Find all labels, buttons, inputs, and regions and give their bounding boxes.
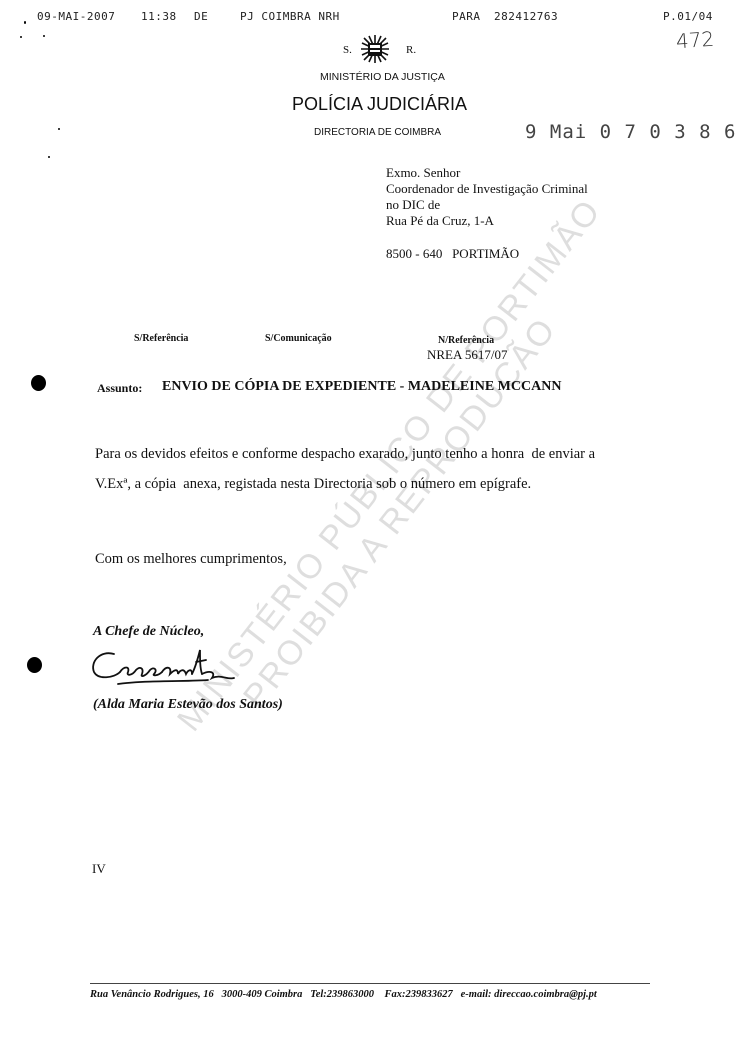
directorate-name: DIRECTORIA DE COIMBRA — [314, 127, 441, 138]
closing-salutation: Com os melhores cumprimentos, — [95, 548, 287, 570]
recipient-line: no DIC de — [386, 197, 440, 213]
watermark-line-2: PROIBIDA A REPRODUÇÃO — [236, 311, 565, 717]
your-communication-label: S/Comunicação — [265, 333, 332, 344]
footer-contact-info: Rua Venâncio Rodrigues, 16 3000-409 Coim… — [90, 989, 597, 1000]
footer-divider — [90, 983, 650, 984]
annex-mark: IV — [92, 861, 106, 877]
agency-name: POLÍCIA JUDICIÁRIA — [292, 94, 467, 115]
crest-letter-r: R. — [406, 44, 416, 56]
subject-text: ENVIO DE CÓPIA DE EXPEDIENTE - MADELEINE… — [162, 379, 561, 395]
punch-hole-mark — [31, 375, 46, 391]
handwritten-signature-icon — [88, 644, 238, 692]
your-reference-label: S/Referência — [134, 333, 188, 344]
fax-time: 11:38 — [141, 10, 177, 23]
subject-label: Assunto: — [97, 381, 142, 396]
fax-from-label: DE — [194, 10, 208, 23]
body-paragraph-line-1: Para os devidos efeitos e conforme despa… — [95, 443, 595, 465]
handwritten-page-number: 472 — [675, 27, 715, 54]
fax-recipient-number: 282412763 — [494, 10, 558, 23]
our-reference-value: NREA 5617/07 — [427, 347, 508, 363]
our-reference-label: N/Referência — [438, 335, 494, 346]
fax-date: 09-MAI-2007 — [37, 10, 115, 23]
signatory-name: (Alda Maria Estevão dos Santos) — [93, 697, 283, 713]
recipient-postal-code: 8500 - 640 PORTIMÃO — [386, 246, 519, 262]
body-paragraph-line-2: V.Exª, a cópia anexa, registada nesta Di… — [95, 473, 531, 495]
scan-speck — [58, 128, 60, 130]
recipient-line: Rua Pé da Cruz, 1-A — [386, 213, 494, 229]
scan-speck — [48, 156, 50, 158]
crest-letter-s: S. — [343, 44, 352, 56]
reception-stamp: 9 Mai 0 7 0 3 8 6 8 — [525, 121, 750, 143]
scan-speck — [20, 36, 22, 38]
scan-speck — [24, 21, 26, 24]
fax-to-label: PARA — [452, 10, 481, 23]
scan-speck — [43, 35, 45, 37]
signatory-title: A Chefe de Núcleo, — [93, 624, 204, 640]
punch-hole-mark — [27, 657, 42, 673]
recipient-line: Exmo. Senhor — [386, 165, 460, 181]
fax-sender: PJ COIMBRA NRH — [240, 10, 340, 23]
fax-page-number: P.01/04 — [663, 10, 713, 23]
coat-of-arms-icon — [360, 34, 390, 64]
recipient-line: Coordenador de Investigação Criminal — [386, 181, 588, 197]
ministry-name: MINISTÉRIO DA JUSTIÇA — [320, 71, 445, 83]
